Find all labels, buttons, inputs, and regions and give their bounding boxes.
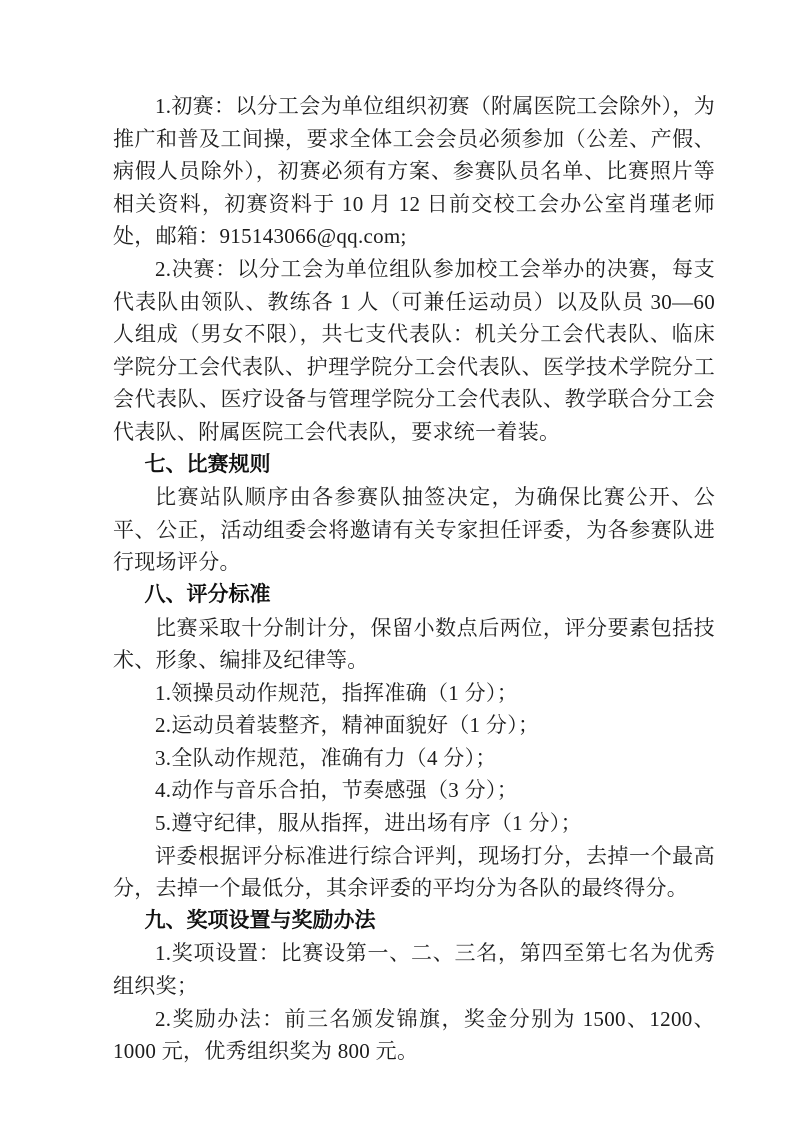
para-judging-method: 评委根据评分标准进行综合评判，现场打分，去掉一个最高分，去掉一个最低分，其余评委…: [113, 840, 715, 905]
para-scoring-item-4: 4.动作与音乐合拍，节奏感强（3 分）；: [113, 774, 715, 807]
para-competition-rules: 比赛站队顺序由各参赛队抽签决定，为确保比赛公开、公平、公正，活动组委会将邀请有关…: [113, 481, 715, 579]
heading-awards: 九、奖项设置与奖励办法: [113, 905, 715, 938]
para-final-round: 2.决赛：以分工会为单位组队参加校工会举办的决赛，每支代表队由领队、教练各 1 …: [113, 253, 715, 449]
para-scoring-item-1: 1.领操员动作规范，指挥准确（1 分）；: [113, 677, 715, 710]
para-scoring-item-3: 3.全队动作规范，准确有力（4 分）；: [113, 742, 715, 775]
para-award-method: 2.奖励办法：前三名颁发锦旗，奖金分别为 1500、1200、1000 元，优秀…: [113, 1003, 715, 1068]
para-preliminary-round: 1.初赛：以分工会为单位组织初赛（附属医院工会除外），为推广和普及工间操，要求全…: [113, 90, 715, 253]
document-body: 1.初赛：以分工会为单位组织初赛（附属医院工会除外），为推广和普及工间操，要求全…: [113, 90, 715, 1068]
para-scoring-overview: 比赛采取十分制计分，保留小数点后两位，评分要素包括技术、形象、编排及纪律等。: [113, 612, 715, 677]
document-page: 1.初赛：以分工会为单位组织初赛（附属医院工会除外），为推广和普及工间操，要求全…: [0, 0, 793, 1122]
para-scoring-item-5: 5.遵守纪律，服从指挥，进出场有序（1 分）；: [113, 807, 715, 840]
para-award-setup: 1.奖项设置：比赛设第一、二、三名，第四至第七名为优秀组织奖；: [113, 937, 715, 1002]
heading-competition-rules: 七、比赛规则: [113, 449, 715, 482]
para-scoring-item-2: 2.运动员着装整齐，精神面貌好（1 分）；: [113, 709, 715, 742]
heading-scoring-standards: 八、评分标准: [113, 579, 715, 612]
